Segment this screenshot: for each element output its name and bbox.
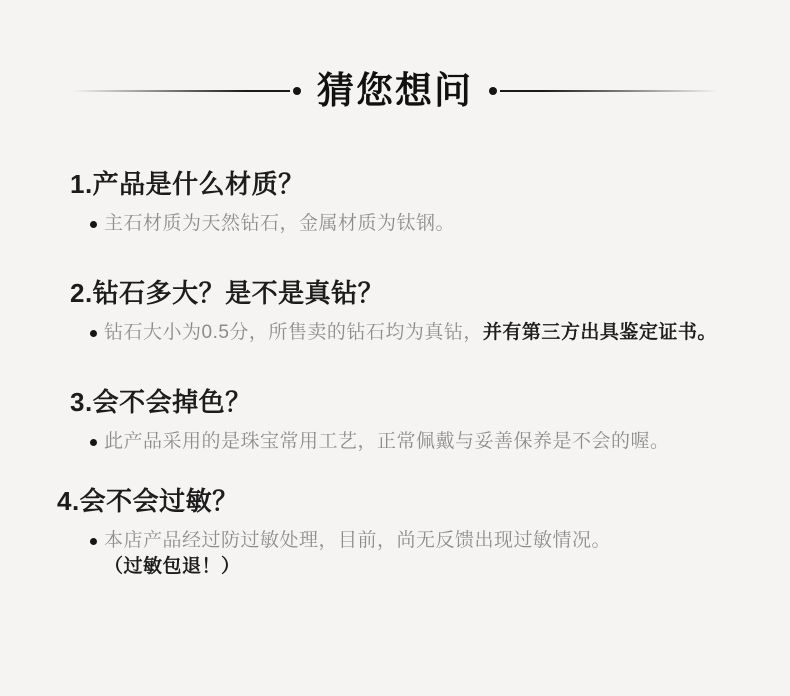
faq-answer-text: 本店产品经过防过敏处理，目前，尚无反馈出现过敏情况。 bbox=[104, 530, 611, 551]
section-title: 猜您想问 bbox=[317, 70, 473, 111]
faq-answer-text: 主石材质为天然钻石，金属材质为钛钢。 bbox=[104, 213, 455, 234]
faq-item-allergy: 4.会不会过敏？ 本店产品经过防过敏处理，目前，尚无反馈出现过敏情况。（过敏包退… bbox=[70, 484, 750, 580]
faq-item-diamond-size: 2.钻石多大？是不是真钻？ 钻石大小为0.5分，所售卖的钻石均为真钻，并有第三方… bbox=[70, 276, 750, 346]
section-header: 猜您想问 bbox=[0, 70, 790, 111]
faq-answer: 主石材质为天然钻石，金属材质为钛钢。 bbox=[104, 211, 455, 237]
faq-answer-row: 本店产品经过防过敏处理，目前，尚无反馈出现过敏情况。（过敏包退！） bbox=[90, 528, 750, 580]
right-decor-line bbox=[500, 90, 718, 92]
faq-answer-text: 此产品采用的是珠宝常用工艺，正常佩戴与妥善保养是不会的喔。 bbox=[104, 431, 670, 452]
faq-answer-row: 主石材质为天然钻石，金属材质为钛钢。 bbox=[90, 211, 750, 237]
bullet-icon bbox=[90, 221, 97, 228]
faq-answer-row: 钻石大小为0.5分，所售卖的钻石均为真钻，并有第三方出具鉴定证书。 bbox=[90, 320, 750, 346]
faq-item-color-fade: 3.会不会掉色？ 此产品采用的是珠宝常用工艺，正常佩戴与妥善保养是不会的喔。 bbox=[70, 385, 750, 455]
left-decor-dot bbox=[293, 87, 301, 95]
faq-question: 3.会不会掉色？ bbox=[70, 385, 750, 419]
faq-item-material: 1.产品是什么材质？ 主石材质为天然钻石，金属材质为钛钢。 bbox=[70, 167, 750, 237]
bullet-icon bbox=[90, 330, 97, 337]
bullet-icon bbox=[90, 538, 97, 545]
faq-question: 4.会不会过敏？ bbox=[57, 484, 750, 518]
faq-answer-text: 钻石大小为0.5分，所售卖的钻石均为真钻， bbox=[104, 322, 483, 343]
bullet-icon bbox=[90, 439, 97, 446]
left-decor-line bbox=[72, 90, 290, 92]
faq-answer: 此产品采用的是珠宝常用工艺，正常佩戴与妥善保养是不会的喔。 bbox=[104, 429, 670, 455]
faq-answer-emphasis: 并有第三方出具鉴定证书。 bbox=[483, 322, 717, 343]
faq-question: 2.钻石多大？是不是真钻？ bbox=[70, 276, 750, 310]
faq-answer: 本店产品经过防过敏处理，目前，尚无反馈出现过敏情况。（过敏包退！） bbox=[104, 528, 611, 580]
right-decor-dot bbox=[489, 87, 497, 95]
faq-list: 1.产品是什么材质？ 主石材质为天然钻石，金属材质为钛钢。 2.钻石多大？是不是… bbox=[70, 167, 750, 580]
faq-answer-row: 此产品采用的是珠宝常用工艺，正常佩戴与妥善保养是不会的喔。 bbox=[90, 429, 750, 455]
faq-question: 1.产品是什么材质？ bbox=[70, 167, 750, 201]
faq-answer-emphasis: （过敏包退！） bbox=[104, 554, 611, 580]
faq-answer: 钻石大小为0.5分，所售卖的钻石均为真钻，并有第三方出具鉴定证书。 bbox=[104, 320, 717, 346]
